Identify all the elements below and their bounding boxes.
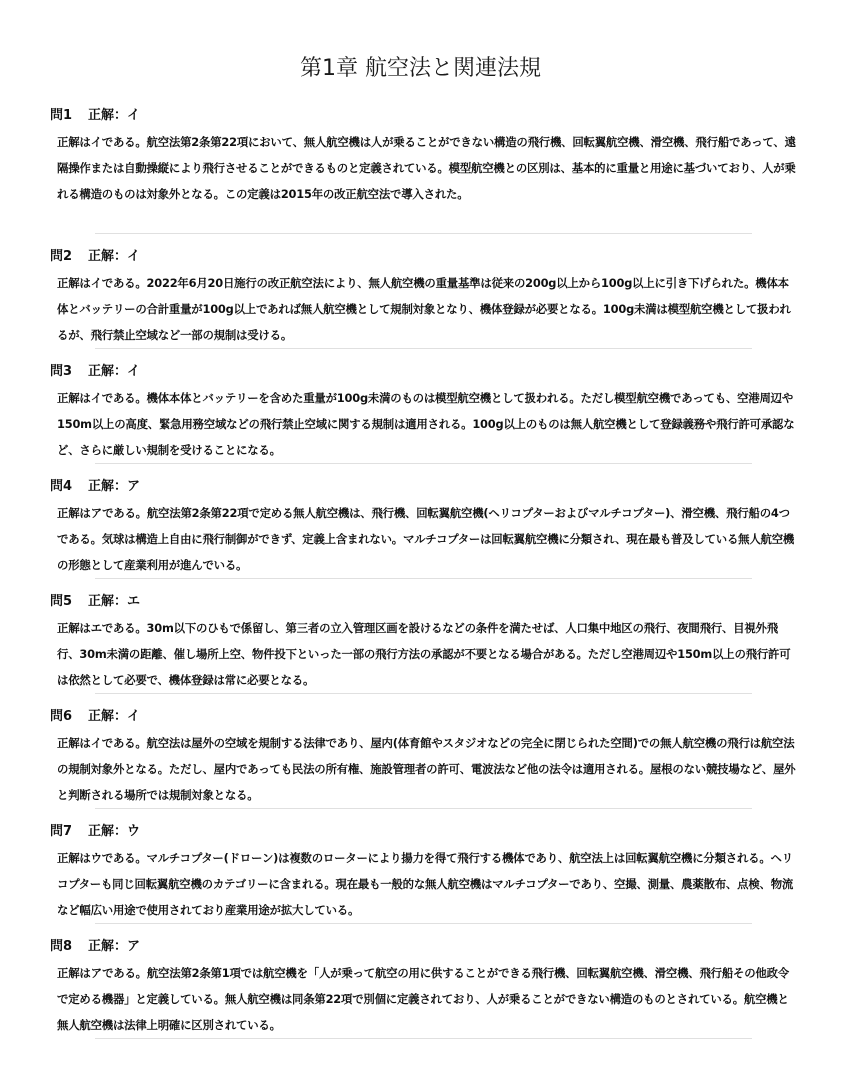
answer-item-1: 問1正解：イ 正解はイである。航空法第2条第22項において、無人航空機は人が乗る… [0, 105, 841, 220]
answer-item-6: 問6正解：イ 正解はイである。航空法は屋外の空域を規制する法律であり、屋内(体育… [0, 706, 841, 821]
section-divider [95, 923, 752, 924]
correct-answer-label: 正解：ウ [88, 824, 140, 839]
section-divider [95, 233, 752, 234]
page-title: 第1章 航空法と関連法規 [0, 53, 841, 85]
question-number: 問8 [50, 938, 88, 956]
question-number: 問4 [50, 478, 88, 496]
answer-item-3: 問3正解：イ 正解はイである。機体本体とバッテリーを含めた重量が100g未満のも… [0, 361, 841, 476]
section-divider [95, 348, 752, 349]
answer-header: 問6正解：イ [50, 708, 140, 726]
correct-answer-label: 正解：ア [88, 479, 140, 494]
correct-answer-label: 正解：イ [88, 364, 140, 379]
answer-header: 問2正解：イ [50, 248, 140, 266]
answer-explanation: 正解はイである。機体本体とバッテリーを含めた重量が100g未満のものは模型航空機… [57, 385, 797, 463]
section-divider [95, 808, 752, 809]
answer-item-5: 問5正解：エ 正解はエである。30m以下のひもで係留し、第三者の立入管理区画を設… [0, 591, 841, 706]
answer-explanation: 正解はイである。航空法第2条第22項において、無人航空機は人が乗ることができない… [57, 129, 797, 207]
question-number: 問2 [50, 248, 88, 266]
section-divider [95, 578, 752, 579]
answer-explanation: 正解はイである。航空法は屋外の空域を規制する法律であり、屋内(体育館やスタジオな… [57, 730, 797, 808]
answer-explanation: 正解はイである。2022年6月20日施行の改正航空法により、無人航空機の重量基準… [57, 270, 797, 348]
answer-item-8: 問8正解：ア 正解はアである。航空法第2条第1項では航空機を「人が乗って航空の用… [0, 936, 841, 1051]
answer-explanation: 正解はアである。航空法第2条第1項では航空機を「人が乗って航空の用に供することが… [57, 960, 797, 1038]
correct-answer-label: 正解：ア [88, 939, 140, 954]
answer-item-2: 問2正解：イ 正解はイである。2022年6月20日施行の改正航空法により、無人航… [0, 246, 841, 361]
correct-answer-label: 正解：エ [88, 594, 140, 609]
answer-explanation: 正解はアである。航空法第2条第22項で定める無人航空機は、飛行機、回転翼航空機(… [57, 500, 797, 578]
answer-header: 問5正解：エ [50, 593, 140, 611]
answer-list: 問1正解：イ 正解はイである。航空法第2条第22項において、無人航空機は人が乗る… [0, 105, 841, 1051]
answer-header: 問8正解：ア [50, 938, 140, 956]
answer-item-4: 問4正解：ア 正解はアである。航空法第2条第22項で定める無人航空機は、飛行機、… [0, 476, 841, 591]
question-number: 問3 [50, 363, 88, 381]
section-divider [95, 693, 752, 694]
correct-answer-label: 正解：イ [88, 108, 140, 123]
question-number: 問1 [50, 107, 88, 125]
answer-header: 問7正解：ウ [50, 823, 140, 841]
correct-answer-label: 正解：イ [88, 249, 140, 264]
section-divider [95, 1038, 752, 1039]
correct-answer-label: 正解：イ [88, 709, 140, 724]
answer-header: 問4正解：ア [50, 478, 140, 496]
answer-header: 問1正解：イ [50, 107, 140, 125]
answer-explanation: 正解はエである。30m以下のひもで係留し、第三者の立入管理区画を設けるなどの条件… [57, 615, 797, 693]
question-number: 問5 [50, 593, 88, 611]
answer-explanation: 正解はウである。マルチコプター(ドローン)は複数のローターにより揚力を得て飛行す… [57, 845, 797, 923]
question-number: 問6 [50, 708, 88, 726]
section-divider [95, 463, 752, 464]
answer-header: 問3正解：イ [50, 363, 140, 381]
question-number: 問7 [50, 823, 88, 841]
answer-item-7: 問7正解：ウ 正解はウである。マルチコプター(ドローン)は複数のローターにより揚… [0, 821, 841, 936]
